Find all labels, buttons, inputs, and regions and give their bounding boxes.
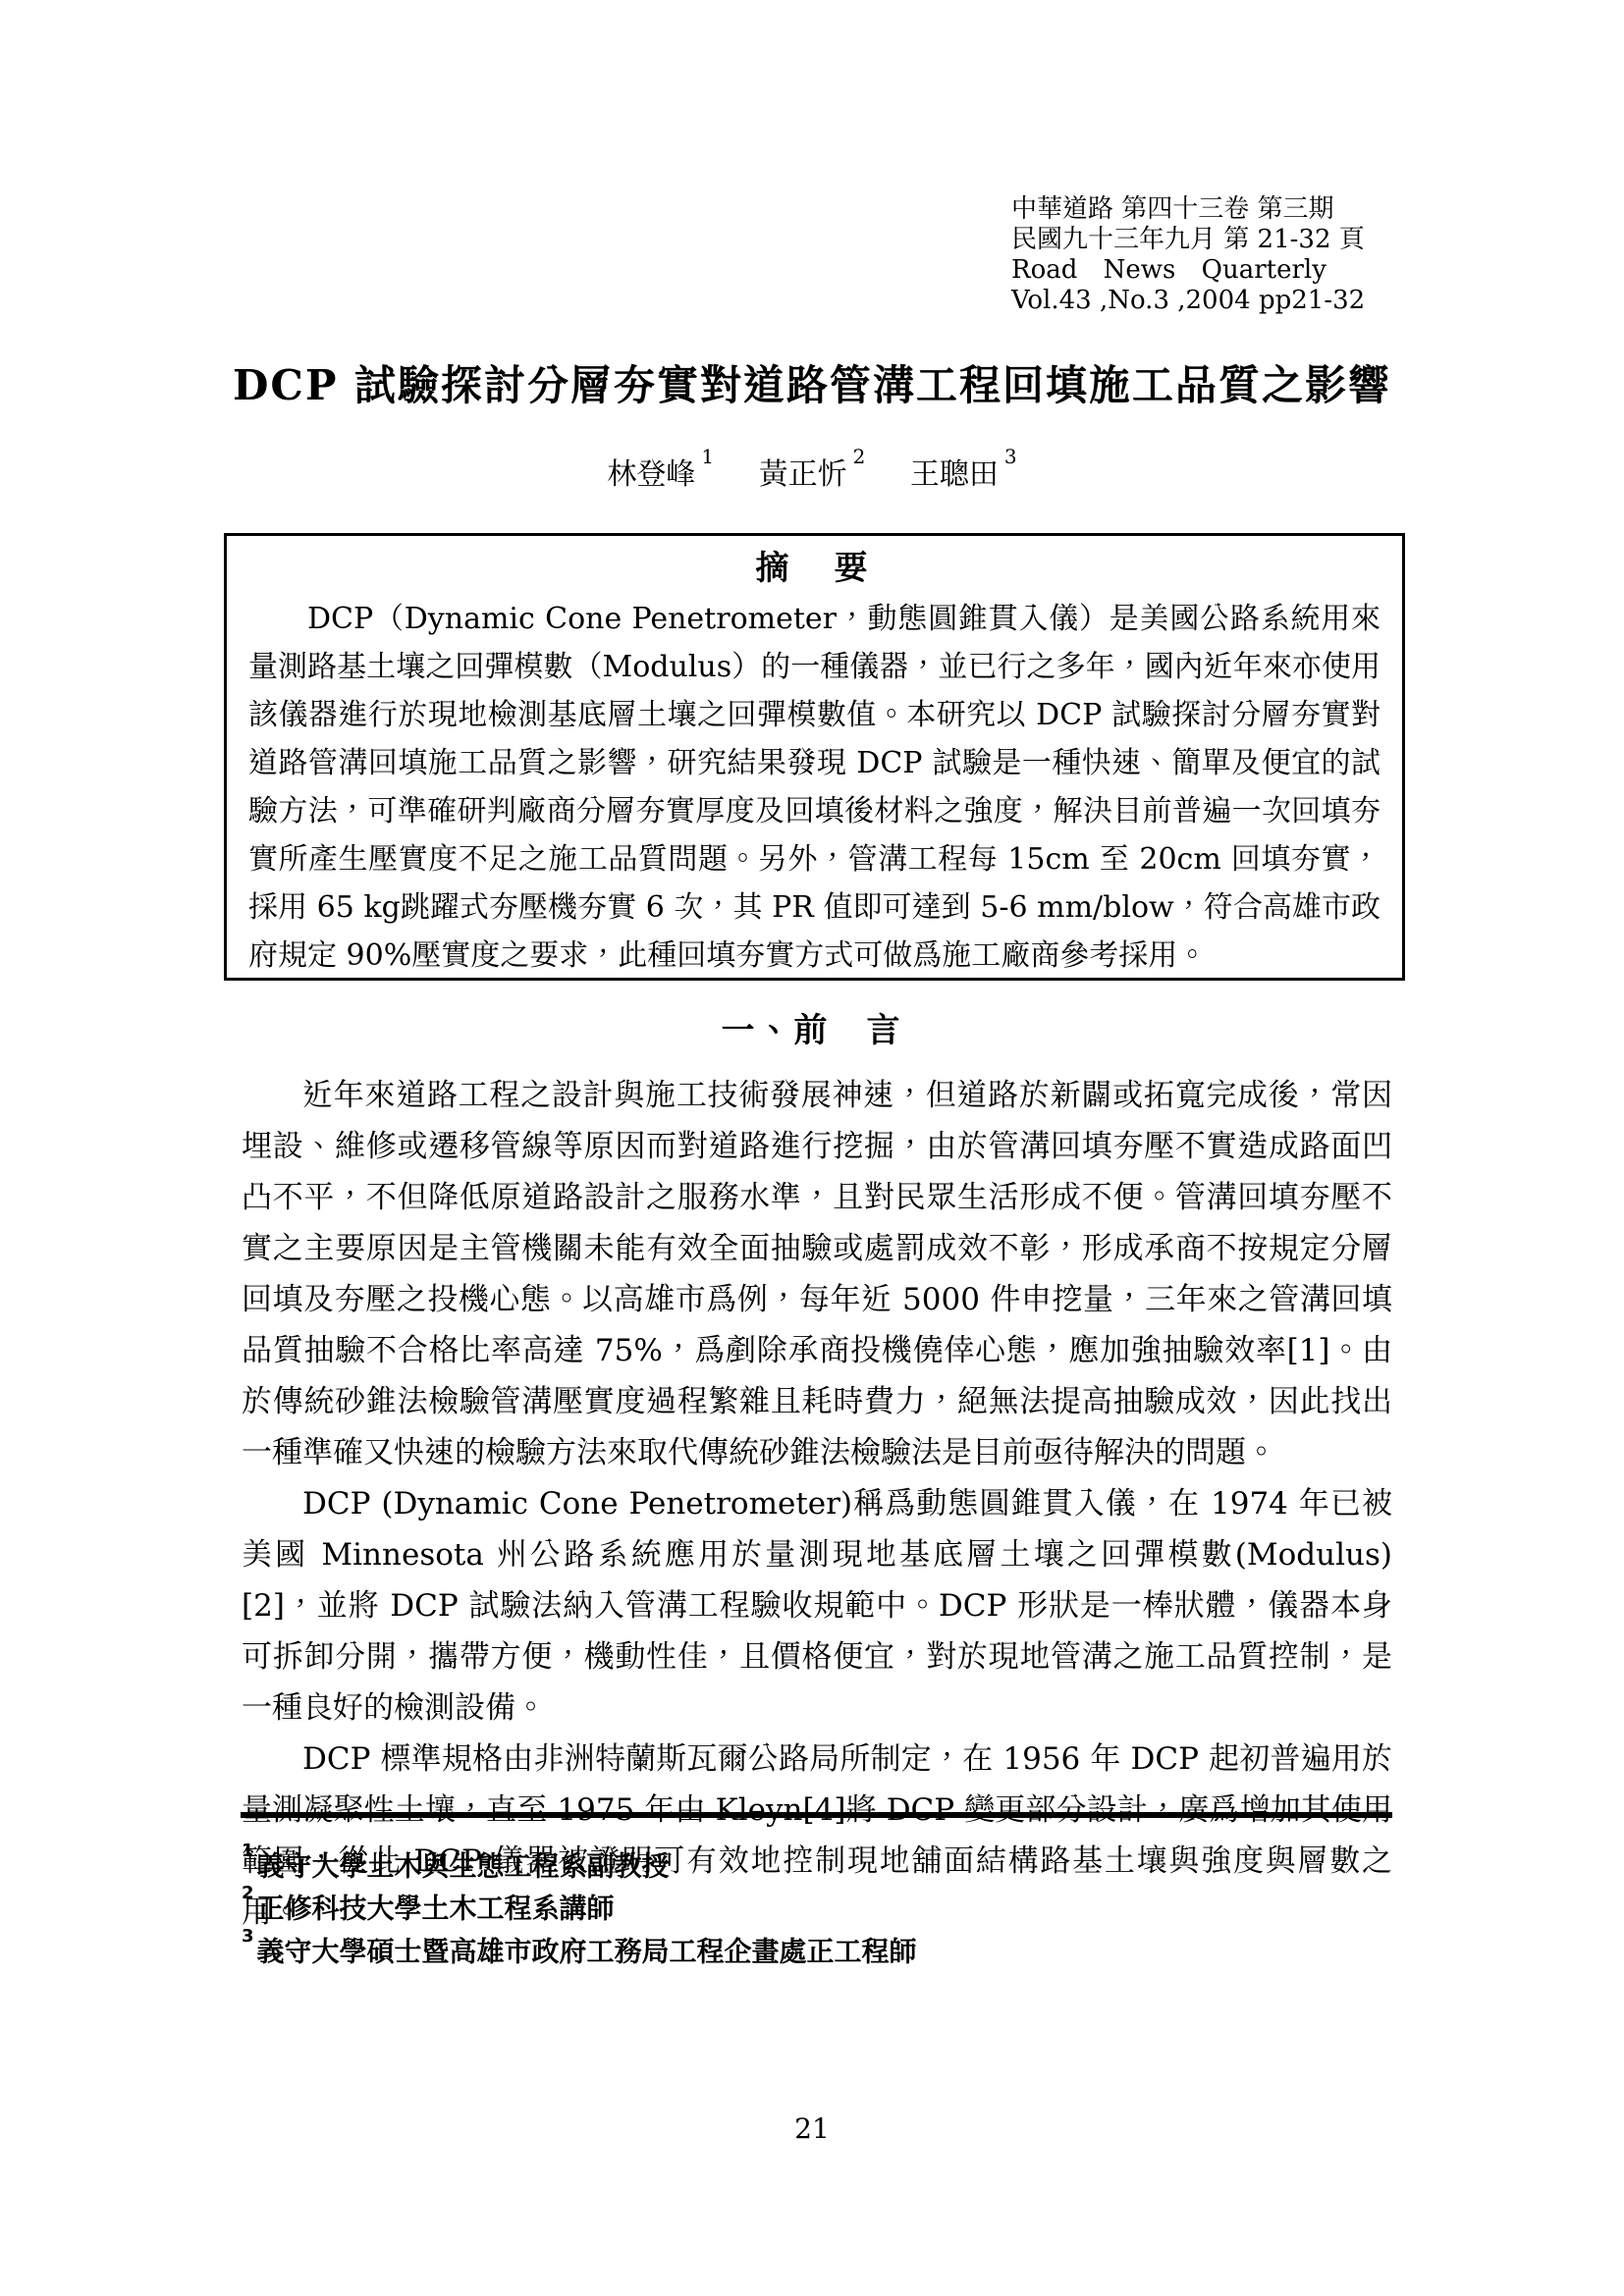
page-number: 21: [0, 2112, 1624, 2145]
abstract-heading: 摘 要: [227, 541, 1402, 589]
footnote-number: 2: [242, 1883, 254, 1903]
journal-header: 中華道路 第四十三卷 第三期 民國九十三年九月 第 21-32 頁 Road N…: [1011, 194, 1365, 316]
abstract-text: DCP（Dynamic Cone Penetrometer，動態圓錐貫入儀）是美…: [248, 595, 1380, 980]
author-name: 林登峰: [607, 457, 695, 492]
footnote: 1義守大學土木與生態工程系副教授: [242, 1842, 917, 1884]
author-affiliation-superscript: 2: [853, 445, 866, 468]
paper-page: 中華道路 第四十三卷 第三期 民國九十三年九月 第 21-32 頁 Road N…: [0, 0, 1624, 2296]
footnote-text: 正修科技大學土木工程系講師: [257, 1893, 615, 1925]
author: 黃正忻2: [759, 457, 866, 492]
authors-line: 林登峰1 黃正忻2 王聰田3: [0, 450, 1624, 493]
footnote: 3義守大學碩士暨高雄市政府工務局工程企畫處正工程師: [242, 1927, 917, 1969]
footnotes: 1義守大學土木與生態工程系副教授 2正修科技大學土木工程系講師 3義守大學碩士暨…: [242, 1842, 917, 1969]
journal-volume-line: Vol.43 ,No.3 ,2004 pp21-32: [1011, 286, 1365, 316]
author-name: 王聰田: [910, 457, 999, 492]
abstract-box: 摘 要 DCP（Dynamic Cone Penetrometer，動態圓錐貫入…: [224, 533, 1405, 981]
journal-name-line: 中華道路 第四十三卷 第三期: [1011, 194, 1365, 225]
footnote-number: 1: [242, 1841, 254, 1861]
paragraph: DCP (Dynamic Cone Penetrometer)稱爲動態圓錐貫入儀…: [242, 1478, 1392, 1734]
footnote-number: 3: [242, 1926, 254, 1947]
footnote: 2正修科技大學土木工程系講師: [242, 1884, 917, 1926]
paper-title: DCP 試驗探討分層夯實對道路管溝工程回填施工品質之影響: [0, 353, 1624, 412]
author: 林登峰1: [607, 457, 714, 492]
journal-name-english: Road News Quarterly: [1011, 255, 1365, 286]
introduction-body: 近年來道路工程之設計與施工技術發展神速，但道路於新闢或拓寬完成後，常因埋設、維修…: [242, 1070, 1392, 1938]
author-affiliation-superscript: 3: [1004, 445, 1017, 468]
author-affiliation-superscript: 1: [701, 445, 714, 468]
paragraph: 近年來道路工程之設計與施工技術發展神速，但道路於新闢或拓寬完成後，常因埋設、維修…: [242, 1070, 1392, 1478]
author-name: 黃正忻: [759, 457, 847, 492]
author: 王聰田3: [910, 457, 1017, 492]
footnote-text: 義守大學碩士暨高雄市政府工務局工程企畫處正工程師: [257, 1935, 917, 1967]
footnote-text: 義守大學土木與生態工程系副教授: [257, 1849, 670, 1882]
footnote-separator-rule: [241, 1812, 1392, 1818]
journal-date-line: 民國九十三年九月 第 21-32 頁: [1011, 225, 1365, 255]
section-heading-introduction: 一、前 言: [0, 1003, 1624, 1051]
